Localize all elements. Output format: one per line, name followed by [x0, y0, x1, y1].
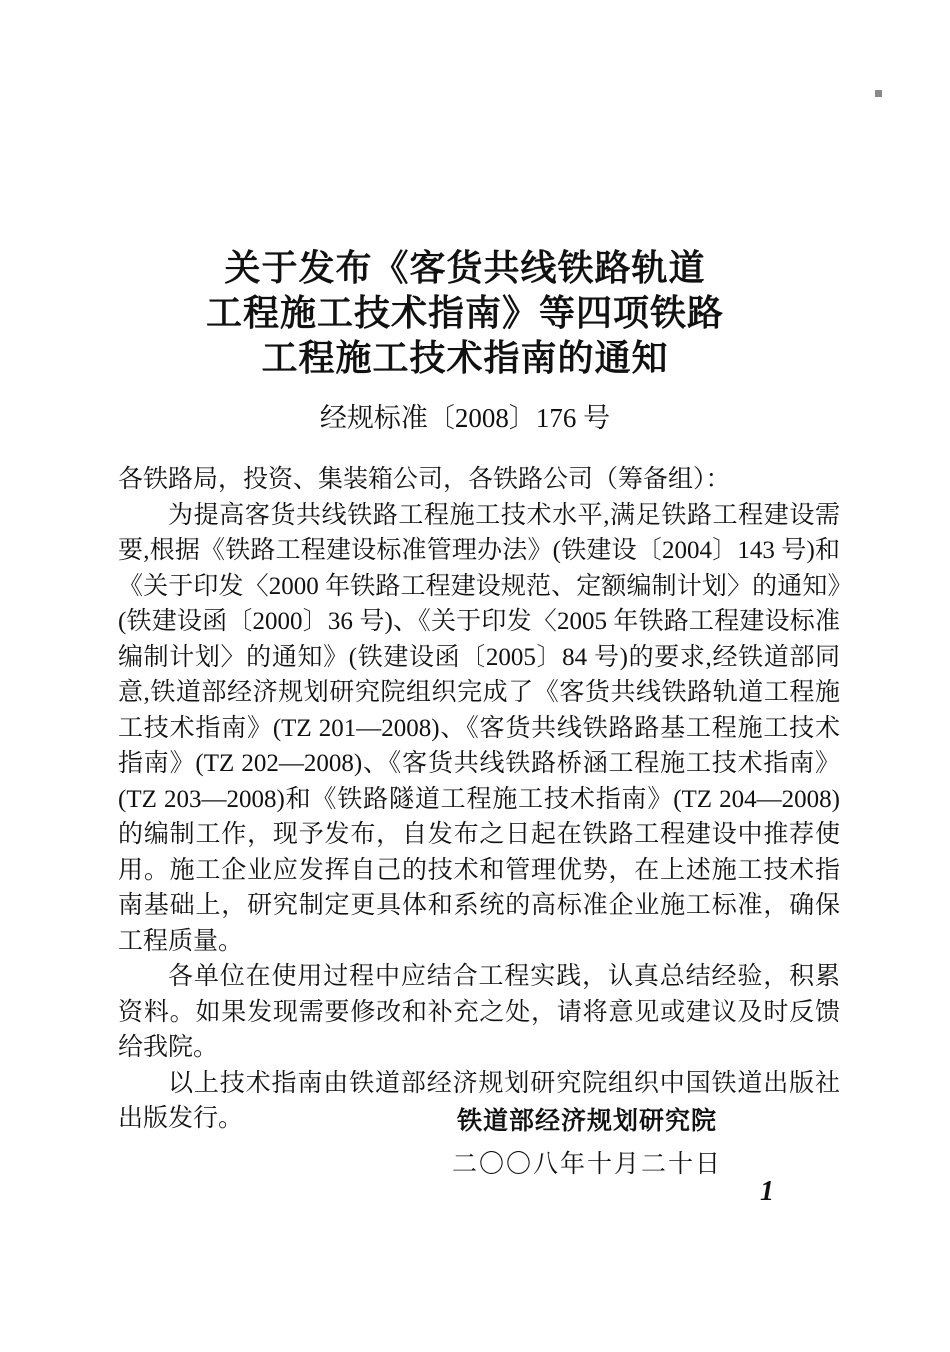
body-paragraph-2: 各单位在使用过程中应结合工程实践，认真总结经验，积累资料。如果发现需要修改和补充… — [118, 959, 840, 1066]
document-title-line-1: 关于发布《客货共线铁路轨道 — [55, 246, 875, 291]
document-body: 各铁路局，投资、集装箱公司，各铁路公司（筹备组）： 为提高客货共线铁路工程施工技… — [118, 462, 840, 1137]
document-title-line-3: 工程施工技术指南的通知 — [55, 336, 875, 381]
document-title-line-2: 工程施工技术指南》等四项铁路 — [55, 291, 875, 336]
document-number: 经规标准〔2008〕176 号 — [55, 402, 875, 434]
signature-organization: 铁道部经济规划研究院 — [452, 1100, 722, 1143]
scanned-document-page: 关于发布《客货共线铁路轨道 工程施工技术指南》等四项铁路 工程施工技术指南的通知… — [0, 0, 950, 1352]
signature-block: 铁道部经济规划研究院 二〇〇八年十月二十日 — [452, 1100, 722, 1186]
body-paragraph-1: 为提高客货共线铁路工程施工技术水平,满足铁路工程建设需要,根据《铁路工程建设标准… — [118, 498, 840, 960]
page-number: 1 — [760, 1176, 774, 1208]
salutation-line: 各铁路局，投资、集装箱公司，各铁路公司（筹备组）： — [118, 462, 840, 498]
scan-artifact-speck — [875, 90, 882, 97]
signature-date: 二〇〇八年十月二十日 — [452, 1143, 722, 1186]
document-title: 关于发布《客货共线铁路轨道 工程施工技术指南》等四项铁路 工程施工技术指南的通知 — [55, 246, 875, 381]
